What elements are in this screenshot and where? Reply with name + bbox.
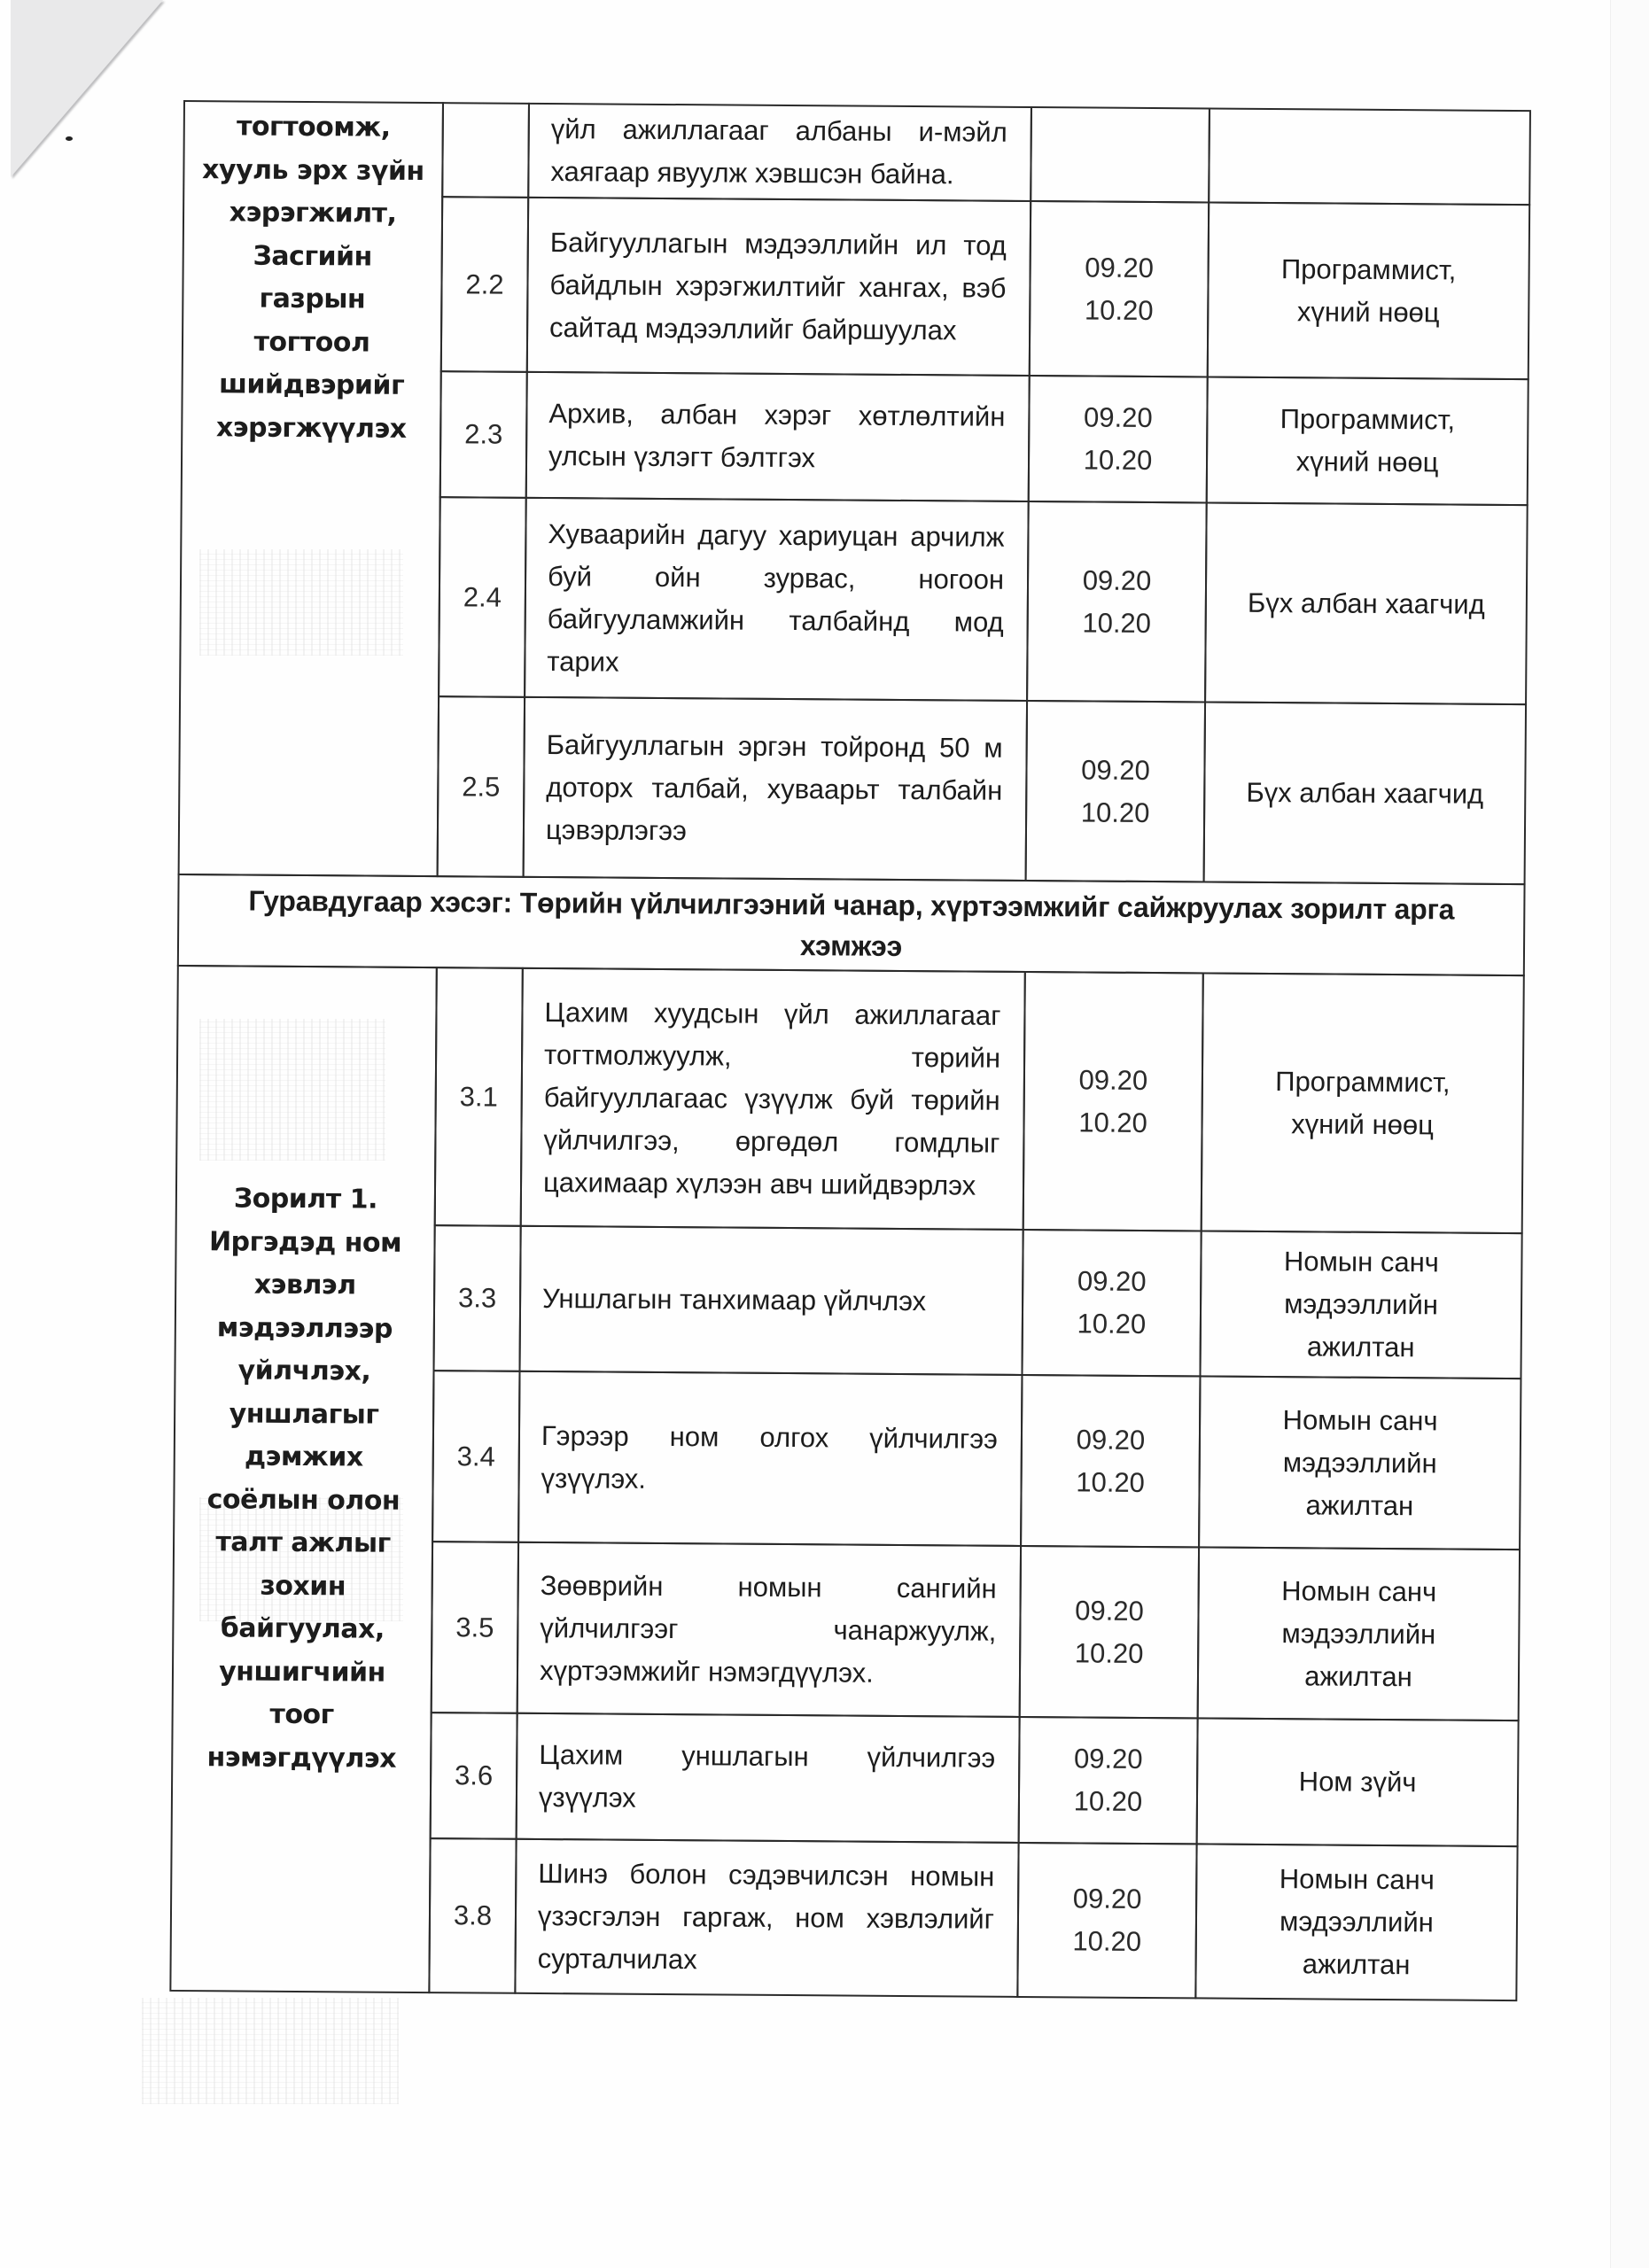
responsible-party-text: Программист, хүний нөөц xyxy=(1280,248,1456,334)
task-description-text: Гэрээр ном олгох үйлчилгээ үзүүлэх. xyxy=(541,1414,998,1503)
folded-corner xyxy=(11,0,163,177)
task-description-text: Байгууллагын мэдээллийн ил тод байдлын х… xyxy=(549,221,1007,353)
responsible-party: Номын санч мэдээллийн ажилтан xyxy=(1198,1375,1521,1550)
due-dates: 09.20 10.20 xyxy=(1025,700,1206,882)
responsible-party: Номын санч мэдээллийн ажилтан xyxy=(1199,1230,1522,1379)
goal-cell: тогтоомж, хууль эрх зүйн хэрэгжилт, Засг… xyxy=(178,100,444,877)
task-description-text: Уншлагын танхимаар үйлчлэх xyxy=(542,1278,999,1324)
due-dates: 09.20 10.20 xyxy=(1023,971,1204,1231)
goal-cell-text: тогтоомж, хууль эрх зүйн хэрэгжилт, Засг… xyxy=(198,105,426,451)
task-description-text: үйл ажиллагааг албаны и-мэйл хаягаар яву… xyxy=(550,108,1007,197)
task-description-text: Цахим уншлагын үйлчилгээ үзүүлэх xyxy=(539,1734,996,1822)
task-description: Уншлагын танхимаар үйлчлэх xyxy=(518,1225,1023,1376)
row-number-text: 2.2 xyxy=(465,263,503,306)
responsible-party: Номын санч мэдээллийн ажилтан xyxy=(1197,1546,1521,1721)
task-description: Шинэ болон сэдэвчилсэн номын үзэсгэлэн г… xyxy=(514,1838,1019,1998)
row-number: 3.5 xyxy=(431,1541,519,1714)
due-dates: 09.20 10.20 xyxy=(1028,375,1209,503)
due-dates: 09.20 10.20 xyxy=(1029,200,1210,377)
row-number: 3.3 xyxy=(432,1224,521,1372)
row-number-text: 2.5 xyxy=(462,765,500,808)
due-dates-text: 09.20 10.20 xyxy=(1077,1260,1146,1346)
responsible-party-text: Программист, хүний нөөц xyxy=(1280,398,1455,484)
responsible-party: Ном зүйч xyxy=(1196,1717,1520,1847)
responsible-party: Бүх албан хаагчид xyxy=(1203,701,1527,885)
responsible-party-text: Номын санч мэдээллийн ажилтан xyxy=(1280,1570,1436,1698)
row-number-text: 3.8 xyxy=(454,1894,492,1937)
row-number: 3.6 xyxy=(430,1712,518,1840)
responsible-party-text: Бүх албан хаагчид xyxy=(1246,771,1483,815)
task-description: үйл ажиллагааг албаны и-мэйл хаягаар яву… xyxy=(527,103,1032,202)
due-dates: 09.20 10.20 xyxy=(1019,1545,1200,1719)
task-description-text: Шинэ болон сэдэвчилсэн номын үзэсгэлэн г… xyxy=(537,1852,994,1984)
responsible-party-text: Номын санч мэдээллийн ажилтан xyxy=(1279,1858,1435,1986)
row-number: 2.2 xyxy=(440,196,529,373)
row-number: 3.1 xyxy=(434,967,524,1227)
due-dates-text: 09.20 10.20 xyxy=(1073,1737,1142,1823)
row-number-text: 3.6 xyxy=(455,1754,493,1797)
task-description: Зөөврийн номын сангийн үйлчилгээг чанарж… xyxy=(517,1542,1022,1718)
due-dates-text: 09.20 10.20 xyxy=(1075,1589,1144,1675)
row-number: 3.8 xyxy=(428,1837,517,1994)
task-description-text: Хуваарийн дагуу хариуцан арчилж буй ойн … xyxy=(547,513,1004,687)
task-description: Хуваарийн дагуу хариуцан арчилж буй ойн … xyxy=(524,497,1030,702)
scan-noise xyxy=(142,1998,399,2104)
responsible-party-text: Ном зүйч xyxy=(1299,1760,1417,1804)
responsible-party-text: Бүх албан хаагчид xyxy=(1248,581,1485,625)
task-description: Гэрээр ном олгох үйлчилгээ үзүүлэх. xyxy=(517,1371,1023,1547)
row-number: 2.5 xyxy=(437,695,526,878)
due-dates-text: 09.20 10.20 xyxy=(1084,396,1153,482)
scan-page-edge xyxy=(1610,0,1649,2268)
due-dates xyxy=(1030,106,1210,203)
row-number-text: 2.4 xyxy=(463,576,502,618)
responsible-party xyxy=(1208,107,1531,206)
due-dates-text: 09.20 10.20 xyxy=(1081,749,1150,835)
responsible-party: Номын санч мэдээллийн ажилтан xyxy=(1194,1843,1518,2001)
task-description: Байгууллагын мэдээллийн ил тод байдлын х… xyxy=(526,197,1031,377)
goal-cell: Зорилт 1. Иргэдэд ном хэвлэл мэдээллээр … xyxy=(169,965,437,1993)
due-dates: 09.20 10.20 xyxy=(1016,1842,1197,1999)
scan-speck xyxy=(66,136,73,141)
task-description: Архив, албан хэрэг хөтлөлтийн улсын үзлэ… xyxy=(525,371,1031,502)
responsible-party-text: Номын санч мэдээллийн ажилтан xyxy=(1282,1399,1438,1527)
due-dates: 09.20 10.20 xyxy=(1021,1229,1202,1377)
row-number-text: 3.4 xyxy=(457,1435,495,1478)
row-number: 2.4 xyxy=(438,496,527,698)
row-number: 2.3 xyxy=(439,370,528,499)
due-dates-text: 09.20 10.20 xyxy=(1076,1418,1145,1504)
due-dates-text: 09.20 10.20 xyxy=(1082,559,1151,645)
row-number: 3.4 xyxy=(432,1370,520,1543)
row-number-text: 3.5 xyxy=(455,1606,494,1649)
due-dates-text: 09.20 10.20 xyxy=(1078,1059,1147,1145)
task-description-text: Цахим хуудсын үйл ажиллагааг тогтмолжуул… xyxy=(543,991,1001,1208)
row-number-text: 3.1 xyxy=(460,1076,498,1118)
task-description-text: Зөөврийн номын сангийн үйлчилгээг чанарж… xyxy=(540,1564,997,1695)
responsible-party: Программист, хүний нөөц xyxy=(1206,376,1529,506)
row-number-text: 2.3 xyxy=(464,413,502,455)
due-dates-text: 09.20 10.20 xyxy=(1085,246,1154,332)
responsible-party: Программист, хүний нөөц xyxy=(1201,972,1525,1234)
task-description: Цахим уншлагын үйлчилгээ үзүүлэх xyxy=(516,1713,1021,1844)
due-dates-text: 09.20 10.20 xyxy=(1072,1877,1141,1963)
row-number-text: 3.3 xyxy=(458,1277,496,1319)
responsible-party: Программист, хүний нөөц xyxy=(1207,201,1530,380)
due-dates: 09.20 10.20 xyxy=(1018,1716,1199,1845)
row-number xyxy=(441,102,530,198)
action-plan-table: тогтоомж, хууль эрх зүйн хэрэгжилт, Засг… xyxy=(170,101,1530,2000)
responsible-party-text: Номын санч мэдээллийн ажилтан xyxy=(1283,1240,1439,1369)
goal-cell-text: Зорилт 1. Иргэдэд ном хэвлэл мэдээллээр … xyxy=(189,1177,418,1781)
section-header-text: Гуравдугаар хэсэг: Төрийн үйлчилгээний ч… xyxy=(197,880,1506,971)
task-description-text: Архив, албан хэрэг хөтлөлтийн улсын үзлэ… xyxy=(548,392,1006,481)
task-description: Цахим хуудсын үйл ажиллагааг тогтмолжуул… xyxy=(520,967,1026,1231)
task-description: Байгууллагын эргэн тойронд 50 м доторх т… xyxy=(523,696,1028,882)
responsible-party-text: Программист, хүний нөөц xyxy=(1275,1060,1451,1146)
due-dates: 09.20 10.20 xyxy=(1026,501,1208,703)
section-header: Гуравдугаар хэсэг: Төрийн үйлчилгээний ч… xyxy=(177,874,1526,976)
task-description-text: Байгууллагын эргэн тойронд 50 м доторх т… xyxy=(546,724,1003,855)
responsible-party: Бүх албан хаагчид xyxy=(1204,501,1528,705)
due-dates: 09.20 10.20 xyxy=(1020,1374,1201,1548)
